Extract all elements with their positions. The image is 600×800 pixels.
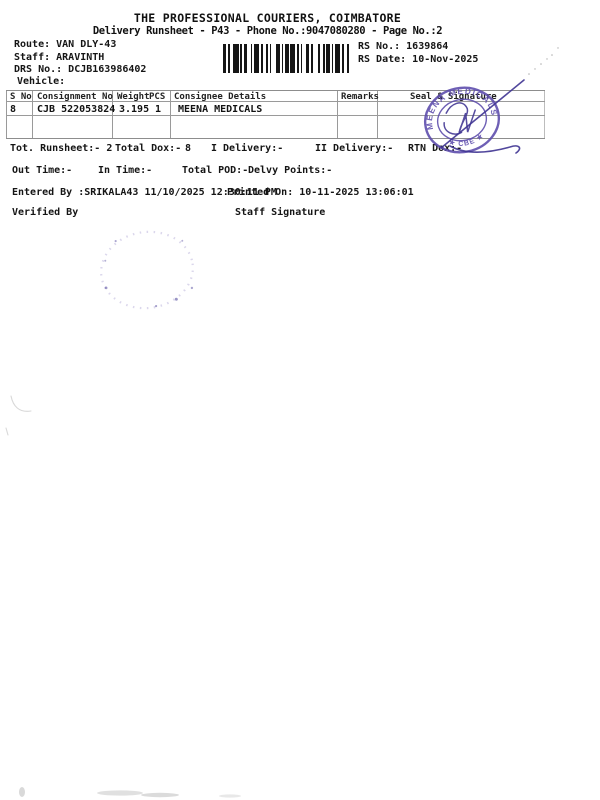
consignment-table: S No Consignment No Weight PCS Consignee…: [6, 90, 545, 139]
table-row-line: [6, 115, 545, 116]
left-margin-artifact: [6, 396, 31, 435]
cell-consignee: MEENA MEDICALS: [178, 104, 262, 115]
scan-dot-trail: [528, 47, 559, 74]
runsheet-subtitle: Delivery Runsheet - P43 - Phone No.:9047…: [0, 25, 535, 37]
drs-barcode: [223, 44, 353, 73]
route-field: Route: VAN DLY-43: [14, 39, 116, 50]
staff-signature-label: Staff Signature: [235, 207, 325, 218]
i-delivery: I Delivery:-: [211, 143, 283, 154]
cell-sno: 8: [10, 104, 16, 115]
runsheet-document: THE PROFESSIONAL COURIERS, COIMBATORE De…: [0, 0, 600, 800]
col-header-consignment: Consignment No: [37, 92, 113, 102]
vehicle-field: Vehicle:: [17, 76, 65, 87]
total-runsheet: Tot. Runsheet:- 2: [10, 143, 112, 154]
staff-field: Staff: ARAVINTH: [14, 52, 104, 63]
col-header-seal: Seal & Signature: [410, 92, 497, 102]
total-pod: Total POD:-: [182, 165, 248, 176]
printed-on: Printed On: 10-11-2025 13:06:01: [227, 187, 414, 198]
total-dox-value: 8: [185, 143, 191, 154]
bottom-edge-smudges: [19, 787, 241, 798]
col-header-remarks: Remarks: [341, 92, 379, 102]
drs-no-field: DRS No.: DCJB163986402: [14, 64, 146, 75]
cell-consignment-no: CJB 522053824: [37, 104, 115, 115]
rs-date-field: RS Date: 10-Nov-2025: [358, 54, 478, 65]
out-time: Out Time:-: [12, 165, 72, 176]
cell-weight: 3.195: [119, 104, 149, 115]
company-title: THE PROFESSIONAL COURIERS, COIMBATORE: [0, 11, 535, 25]
cell-pcs: 1: [155, 104, 161, 115]
faint-stamp-impression: [96, 226, 198, 314]
verified-by: Verified By: [12, 207, 78, 218]
total-dox-label: Total Dox:-: [115, 143, 181, 154]
rtn-dox: RTN Dox:-: [408, 143, 462, 154]
col-header-sno: S No: [10, 92, 32, 102]
ii-delivery: II Delivery:-: [315, 143, 393, 154]
col-header-pcs: PCS: [149, 92, 165, 102]
in-time: In Time:-: [98, 165, 152, 176]
col-header-weight: Weight: [117, 92, 150, 102]
rs-no-field: RS No.: 1639864: [358, 41, 448, 52]
delvy-points: Delvy Points:-: [248, 165, 332, 176]
col-header-consignee: Consignee Details: [174, 92, 266, 102]
